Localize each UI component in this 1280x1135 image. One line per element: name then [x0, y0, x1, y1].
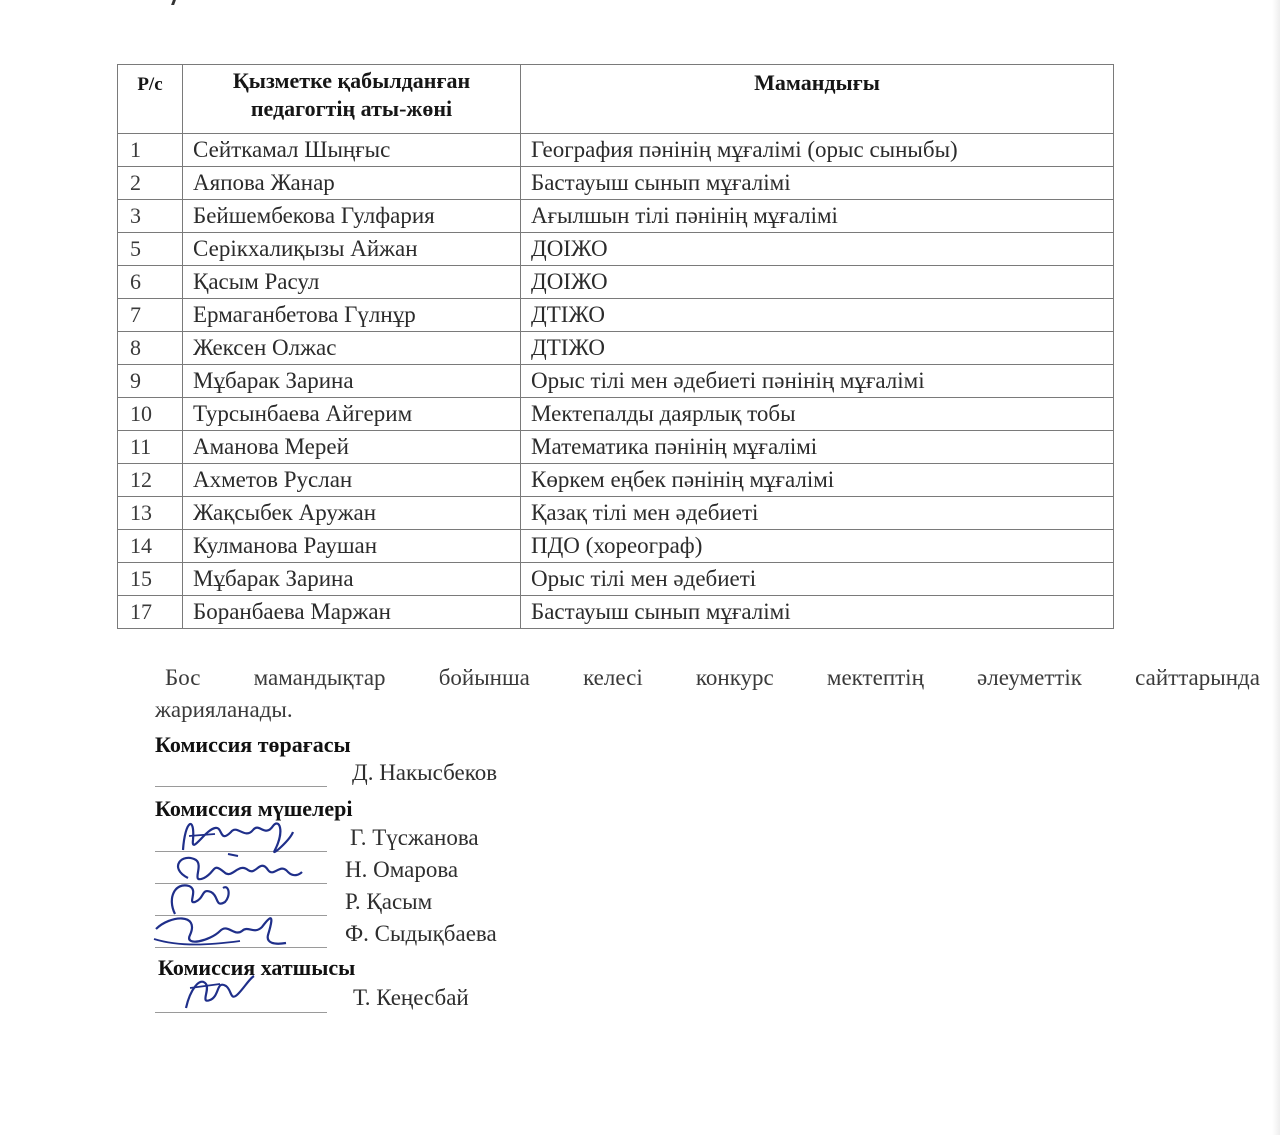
teacher-name: Боранбаева Маржан	[183, 596, 521, 629]
teacher-name: Сейткамал Шыңғыс	[183, 134, 521, 167]
notice-line1: Босмамандықтарбойыншакелесіконкурсмектеп…	[155, 662, 1260, 694]
row-number: 1	[118, 134, 183, 167]
specialty: Көркем еңбек пәнінің мұғалімі	[521, 464, 1114, 497]
table-row: 17Боранбаева МаржанБастауыш сынып мұғалі…	[118, 596, 1114, 629]
specialty: География пәнінің мұғалімі (орыс сыныбы)	[521, 134, 1114, 167]
signature-member-4	[150, 905, 290, 951]
row-number: 2	[118, 167, 183, 200]
hired-teachers-table: Р/с Қызметке қабылданған педагогтің аты-…	[117, 64, 1114, 629]
signature-secretary	[180, 970, 260, 1014]
teacher-name: Мұбарак Зарина	[183, 365, 521, 398]
table-row: 13Жақсыбек АружанҚазақ тілі мен әдебиеті	[118, 497, 1114, 530]
teacher-name: Бейшембекова Гулфария	[183, 200, 521, 233]
notice-paragraph: Босмамандықтарбойыншакелесіконкурсмектеп…	[155, 662, 1260, 726]
notice-word: келесі	[583, 662, 643, 694]
chair-signature-line	[155, 786, 327, 787]
teacher-name: Жақсыбек Аружан	[183, 497, 521, 530]
chair-heading: Комиссия төрағасы	[155, 732, 351, 758]
row-number: 15	[118, 563, 183, 596]
table-header-row: Р/с Қызметке қабылданған педагогтің аты-…	[118, 65, 1114, 134]
row-number: 13	[118, 497, 183, 530]
page-edge-shadow	[1272, 0, 1280, 1135]
specialty: ДТІЖО	[521, 299, 1114, 332]
header-name: Қызметке қабылданған педагогтің аты-жөні	[183, 65, 521, 134]
row-number: 5	[118, 233, 183, 266]
table-row: 7Ермаганбетова ГүлнұрДТІЖО	[118, 299, 1114, 332]
table-row: 15Мұбарак ЗаринаОрыс тілі мен әдебиеті	[118, 563, 1114, 596]
member-name-1: Г. Түсжанова	[350, 825, 479, 851]
member-name-2: Н. Омарова	[345, 857, 458, 883]
teacher-name: Жексен Олжас	[183, 332, 521, 365]
specialty: ДОІЖО	[521, 266, 1114, 299]
specialty: Математика пәнінің мұғалімі	[521, 431, 1114, 464]
teacher-name: Аманова Мерей	[183, 431, 521, 464]
specialty: Бастауыш сынып мұғалімі	[521, 596, 1114, 629]
table-row: 3Бейшембекова ГулфарияАғылшын тілі пәнін…	[118, 200, 1114, 233]
notice-word: сайттарында	[1135, 662, 1260, 694]
member-name-3: Р. Қасым	[345, 889, 432, 915]
row-number: 3	[118, 200, 183, 233]
notice-line2: жарияланады.	[155, 694, 1260, 726]
header-number: Р/с	[118, 65, 183, 134]
row-number: 14	[118, 530, 183, 563]
teacher-name: Турсынбаева Айгерим	[183, 398, 521, 431]
header-name-line2: педагогтің аты-жөні	[183, 95, 520, 123]
scan-mark	[171, 0, 176, 5]
table-row: 2Аяпова ЖанарБастауыш сынып мұғалімі	[118, 167, 1114, 200]
specialty: Мектепалды даярлық тобы	[521, 398, 1114, 431]
specialty: Орыс тілі мен әдебиеті пәнінің мұғалімі	[521, 365, 1114, 398]
teacher-name: Серікхалиқызы Айжан	[183, 233, 521, 266]
specialty: ПДО (хореограф)	[521, 530, 1114, 563]
header-specialty: Мамандығы	[521, 65, 1114, 134]
notice-word: Бос	[165, 662, 201, 694]
member-name-4: Ф. Сыдықбаева	[345, 921, 497, 947]
notice-word: конкурс	[696, 662, 774, 694]
table-row: 9Мұбарак ЗаринаОрыс тілі мен әдебиеті пә…	[118, 365, 1114, 398]
notice-word: мектептің	[827, 662, 924, 694]
header-name-line1: Қызметке қабылданған	[183, 67, 520, 95]
table-row: 8Жексен ОлжасДТІЖО	[118, 332, 1114, 365]
specialty: Бастауыш сынып мұғалімі	[521, 167, 1114, 200]
row-number: 6	[118, 266, 183, 299]
row-number: 10	[118, 398, 183, 431]
notice-word: бойынша	[439, 662, 530, 694]
teacher-name: Қасым Расул	[183, 266, 521, 299]
table-row: 1Сейткамал ШыңғысГеография пәнінің мұғал…	[118, 134, 1114, 167]
row-number: 7	[118, 299, 183, 332]
table-body: 1Сейткамал ШыңғысГеография пәнінің мұғал…	[118, 134, 1114, 629]
notice-word: мамандықтар	[254, 662, 386, 694]
row-number: 17	[118, 596, 183, 629]
notice-word: әлеуметтік	[977, 662, 1082, 694]
row-number: 8	[118, 332, 183, 365]
specialty: Орыс тілі мен әдебиеті	[521, 563, 1114, 596]
specialty: Қазақ тілі мен әдебиеті	[521, 497, 1114, 530]
row-number: 12	[118, 464, 183, 497]
row-number: 9	[118, 365, 183, 398]
table-row: 10Турсынбаева АйгеримМектепалды даярлық …	[118, 398, 1114, 431]
table-row: 11Аманова МерейМатематика пәнінің мұғалі…	[118, 431, 1114, 464]
specialty: ДТІЖО	[521, 332, 1114, 365]
teacher-name: Мұбарак Зарина	[183, 563, 521, 596]
teacher-name: Аяпова Жанар	[183, 167, 521, 200]
row-number: 11	[118, 431, 183, 464]
table-row: 12Ахметов РусланКөркем еңбек пәнінің мұғ…	[118, 464, 1114, 497]
table-row: 5Серікхалиқызы АйжанДОІЖО	[118, 233, 1114, 266]
specialty: ДОІЖО	[521, 233, 1114, 266]
table-row: 6Қасым РасулДОІЖО	[118, 266, 1114, 299]
specialty: Ағылшын тілі пәнінің мұғалімі	[521, 200, 1114, 233]
teacher-name: Ермаганбетова Гүлнұр	[183, 299, 521, 332]
teacher-name: Ахметов Руслан	[183, 464, 521, 497]
table-row: 14Кулманова РаушанПДО (хореограф)	[118, 530, 1114, 563]
teacher-name: Кулманова Раушан	[183, 530, 521, 563]
chair-name: Д. Накысбеков	[352, 760, 497, 786]
secretary-name: Т. Кеңесбай	[353, 985, 469, 1011]
